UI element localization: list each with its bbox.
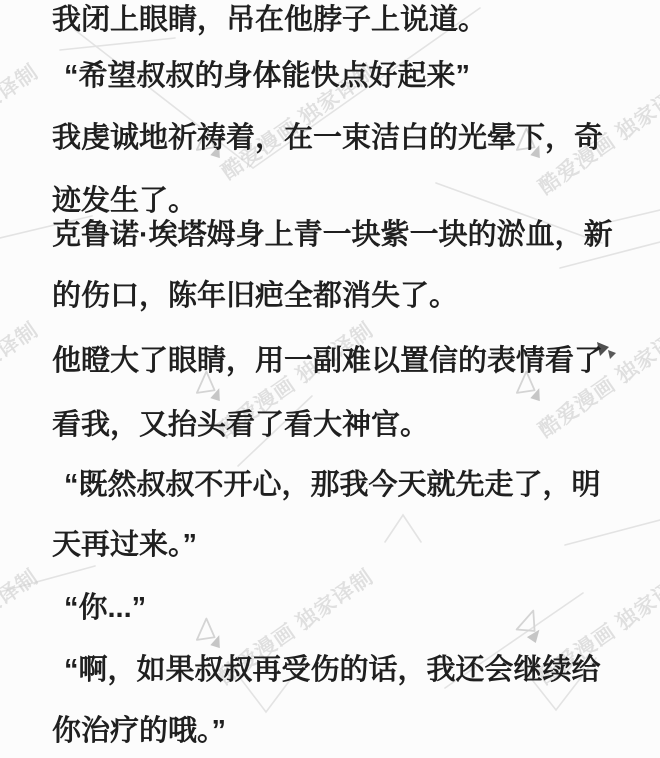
watermark-logo-icon [513,610,543,647]
watermark-line [60,38,175,50]
watermark-text: 酷爱漫画 独家译制 [534,318,660,443]
watermark-text: 酷爱漫画 独家译制 [0,565,43,690]
text-line-3: 我虔诚地祈祷着，在一束洁白的光晕下，奇 [52,120,603,156]
text-line-12: “啊，如果叔叔再受伤的话，我还会继续给 [64,652,601,688]
watermark-logo-icon [190,618,226,656]
text-line-5: 克鲁诺·埃塔姆身上青一块紫一块的淤血，新 [52,217,613,253]
watermark-layer: 酷爱漫画 独家译制 酷爱漫画 独家译制 酷爱漫画 独家译制 酷爱漫画 独家译制 … [0,0,660,758]
text-line-8: 看我，又抬头看了看大神官。 [52,407,429,443]
text-line-9: “既然叔叔不开心，那我今天就先走了，明 [64,467,601,503]
watermark-text: 酷爱漫画 独家译制 [0,60,43,185]
watermark-line [565,520,660,545]
watermark-chevron-outline-icon [385,515,421,542]
text-line-6: 的伤口，陈年旧疤全都消失了。 [52,278,458,314]
text-line-2: “希望叔叔的身体能快点好起来” [64,58,470,94]
text-line-1: 我闭上眼睛，吊在他脖子上说道。 [52,2,487,38]
novel-text-page: 酷爱漫画 独家译制 酷爱漫画 独家译制 酷爱漫画 独家译制 酷爱漫画 独家译制 … [0,0,660,758]
text-line-10: 天再过来。” [52,527,197,563]
text-line-11: “你...” [64,590,146,626]
text-line-13: 你治疗的哦。” [52,713,226,749]
text-line-4: 迹发生了。 [52,183,197,219]
text-line-7: 他瞪大了眼睛，用一副难以置信的表情看了 [52,343,603,379]
watermark-line [0,566,95,592]
watermark-text: 酷爱漫画 独家译制 [0,318,43,443]
